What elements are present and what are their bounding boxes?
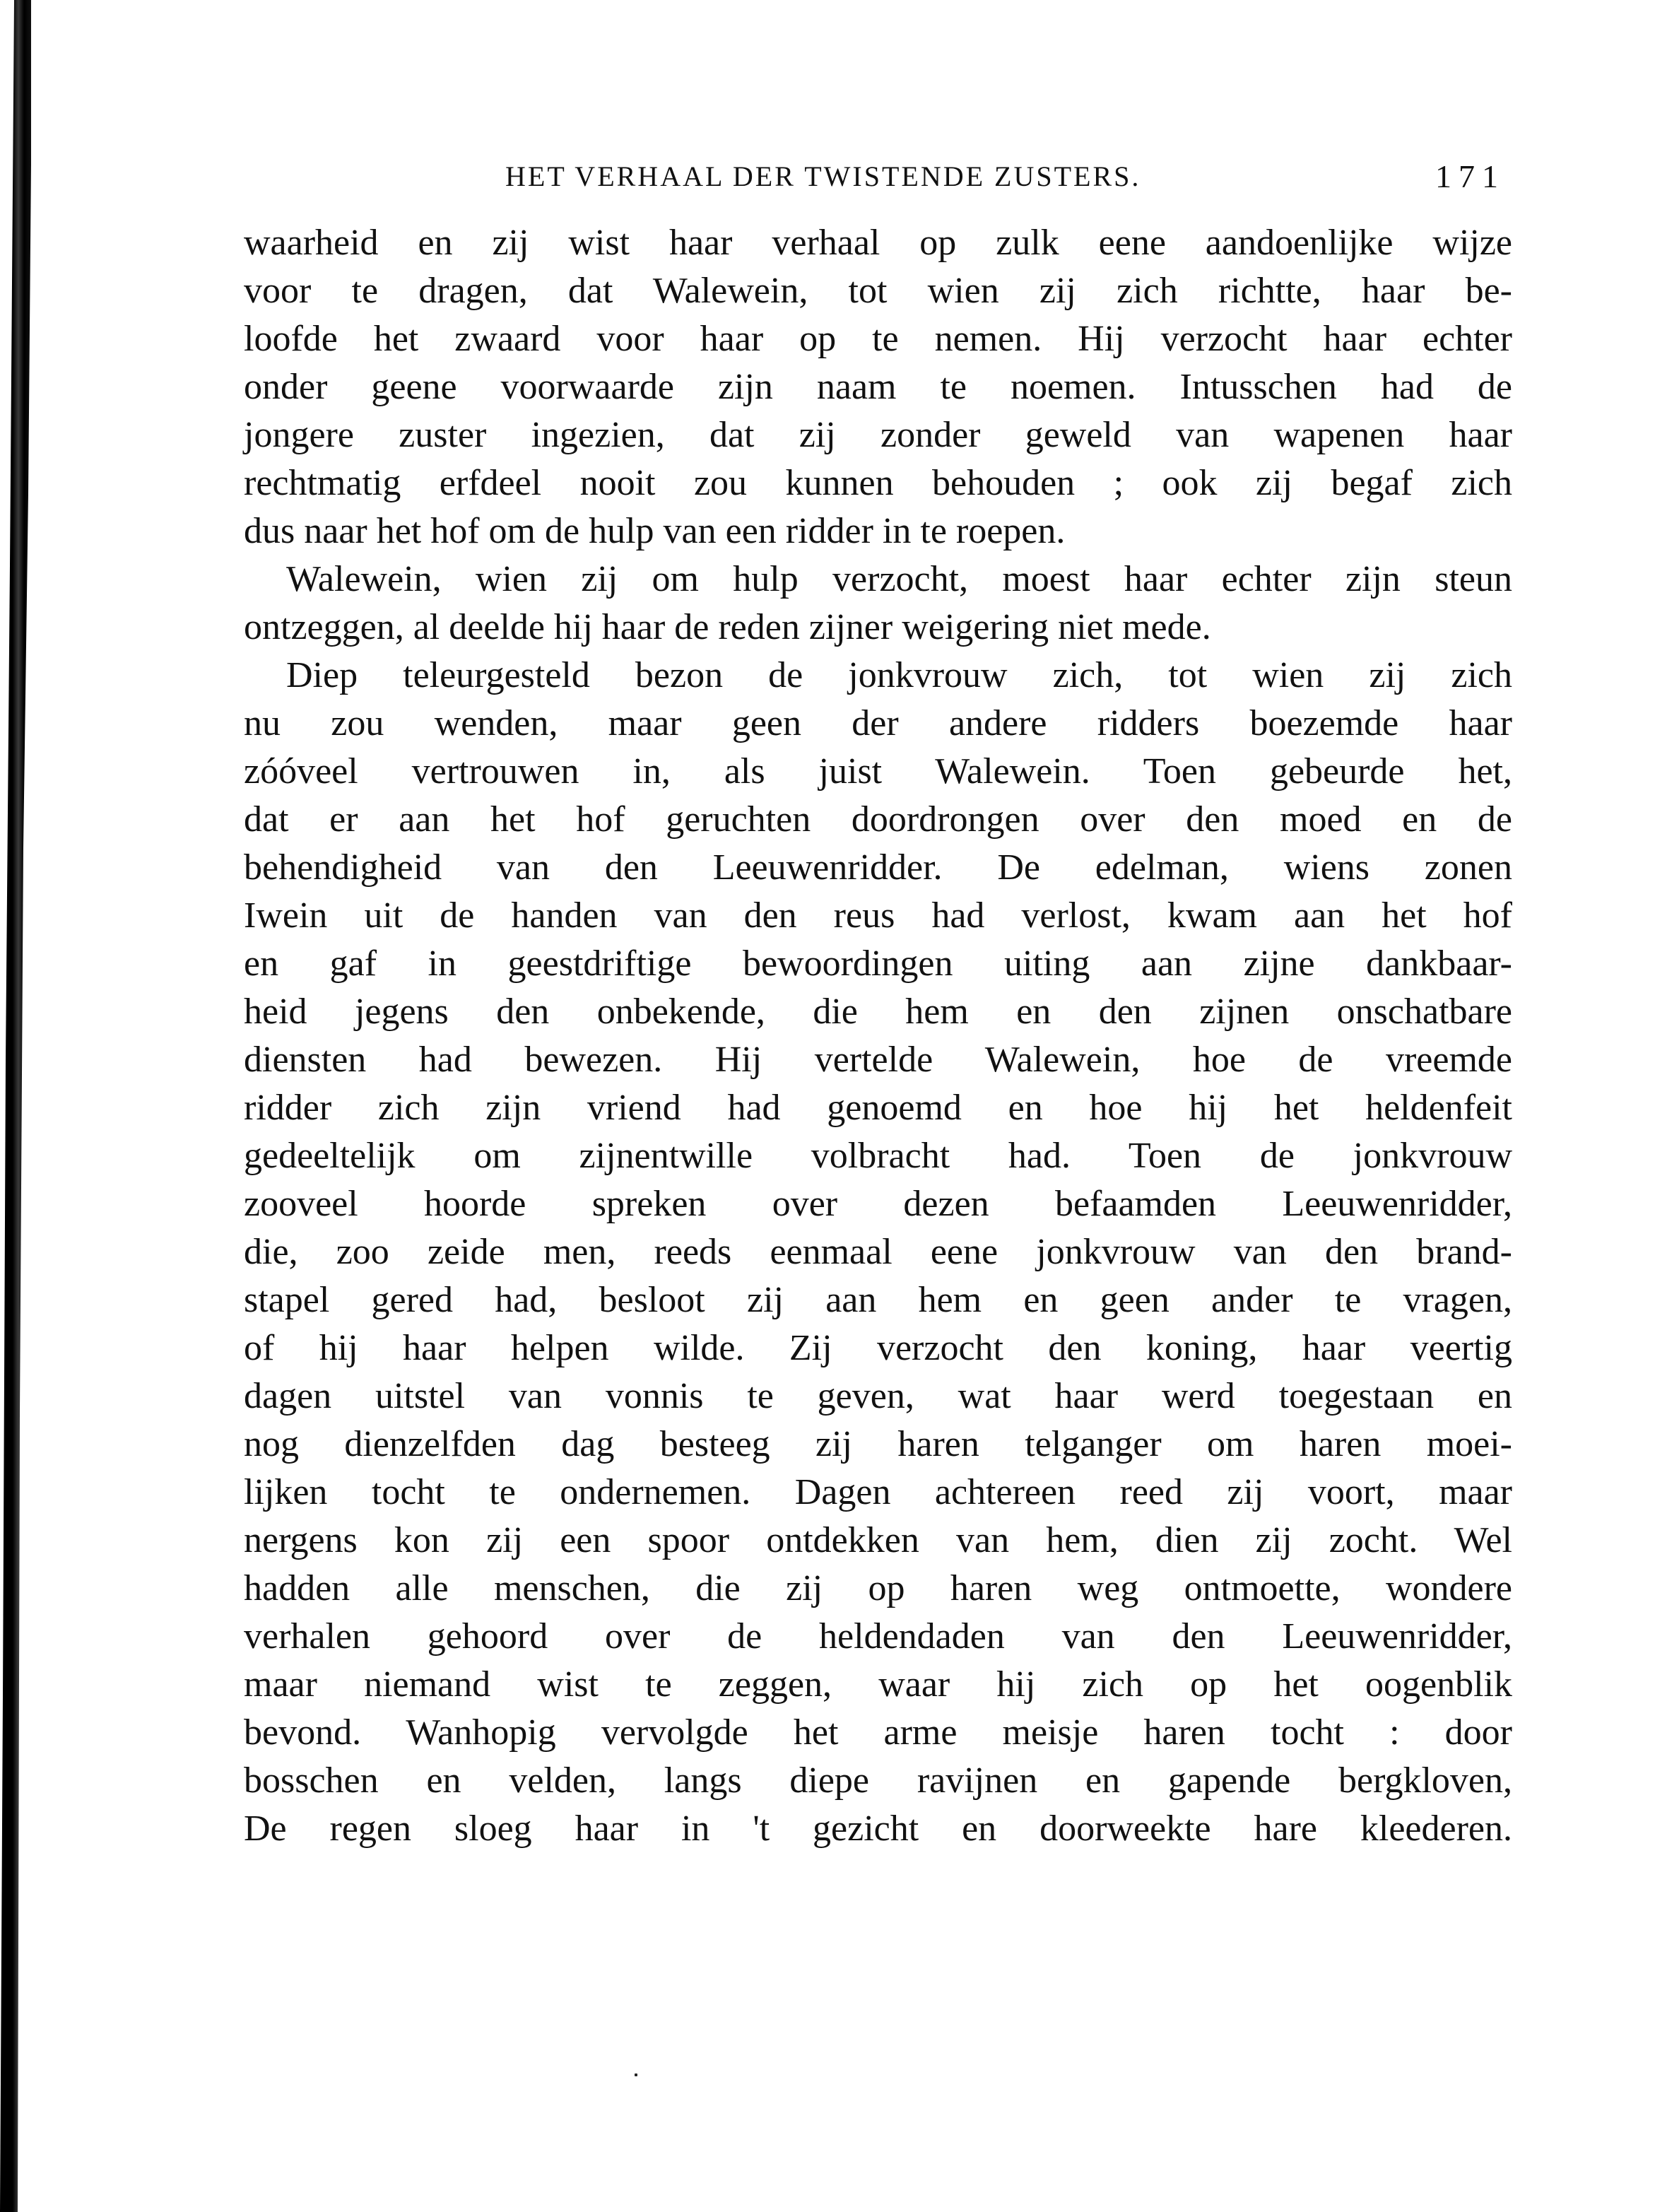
text-line: bevond. Wanhopig vervolgde het arme meis… bbox=[244, 1709, 1512, 1757]
page-number: 171 bbox=[1435, 155, 1505, 198]
text-line: behendigheid van den Leeuwenridder. De e… bbox=[244, 844, 1512, 892]
text-line: Diep teleurgesteld bezon de jonkvrouw zi… bbox=[244, 652, 1512, 700]
text-line: gedeeltelijk om zijnentwille volbracht h… bbox=[244, 1132, 1512, 1180]
text-line: waarheid en zij wist haar verhaal op zul… bbox=[244, 219, 1512, 267]
scan-binding-edge bbox=[0, 0, 31, 2212]
text-line: onder geene voorwaarde zijn naam te noem… bbox=[244, 363, 1512, 411]
text-line: ontzeggen, al deelde hij haar de reden z… bbox=[244, 604, 1512, 652]
text-line: stapel gered had, besloot zij aan hem en… bbox=[244, 1276, 1512, 1324]
text-line: rechtmatig erfdeel nooit zou kunnen beho… bbox=[244, 459, 1512, 507]
running-title: HET VERHAAL DER TWISTENDE ZUSTERS. bbox=[505, 155, 1141, 198]
text-line: zooveel hoorde spreken over dezen befaam… bbox=[244, 1180, 1512, 1228]
text-line: jongere zuster ingezien, dat zij zonder … bbox=[244, 411, 1512, 459]
text-line: hadden alle menschen, die zij op haren w… bbox=[244, 1565, 1512, 1613]
text-line: voor te dragen, dat Walewein, tot wien z… bbox=[244, 267, 1512, 315]
running-head: HET VERHAAL DER TWISTENDE ZUSTERS. 171 bbox=[244, 155, 1512, 198]
text-line: dagen uitstel van vonnis te geven, wat h… bbox=[244, 1372, 1512, 1420]
text-line: maar niemand wist te zeggen, waar hij zi… bbox=[244, 1661, 1512, 1709]
text-line: die, zoo zeide men, reeds eenmaal eene j… bbox=[244, 1228, 1512, 1276]
text-line: Iwein uit de handen van den reus had ver… bbox=[244, 892, 1512, 940]
text-line: Walewein, wien zij om hulp verzocht, moe… bbox=[244, 555, 1512, 604]
body-text: waarheid en zij wist haar verhaal op zul… bbox=[244, 219, 1512, 1853]
text-line: dus naar het hof om de hulp van een ridd… bbox=[244, 507, 1512, 555]
text-line: loofde het zwaard voor haar op te nemen.… bbox=[244, 315, 1512, 363]
text-line: en gaf in geestdriftige bewoordingen uit… bbox=[244, 940, 1512, 988]
text-line: bosschen en velden, langs diepe ravijnen… bbox=[244, 1757, 1512, 1805]
text-line: diensten had bewezen. Hij vertelde Walew… bbox=[244, 1036, 1512, 1084]
text-line: of hij haar helpen wilde. Zij verzocht d… bbox=[244, 1324, 1512, 1372]
text-line: dat er aan het hof geruchten doordrongen… bbox=[244, 796, 1512, 844]
text-line: nu zou wenden, maar geen der andere ridd… bbox=[244, 700, 1512, 748]
text-line: verhalen gehoord over de heldendaden van… bbox=[244, 1613, 1512, 1661]
scan-speck bbox=[635, 2073, 637, 2076]
text-line: nergens kon zij een spoor ontdekken van … bbox=[244, 1517, 1512, 1565]
text-line: De regen sloeg haar in 't gezicht en doo… bbox=[244, 1805, 1512, 1853]
text-line: ridder zich zijn vriend had genoemd en h… bbox=[244, 1084, 1512, 1132]
text-line: heid jegens den onbekende, die hem en de… bbox=[244, 988, 1512, 1036]
text-line: lijken tocht te ondernemen. Dagen achter… bbox=[244, 1469, 1512, 1517]
text-line: nog dienzelfden dag besteeg zij haren te… bbox=[244, 1420, 1512, 1469]
text-line: zóóveel vertrouwen in, als juist Walewei… bbox=[244, 748, 1512, 796]
